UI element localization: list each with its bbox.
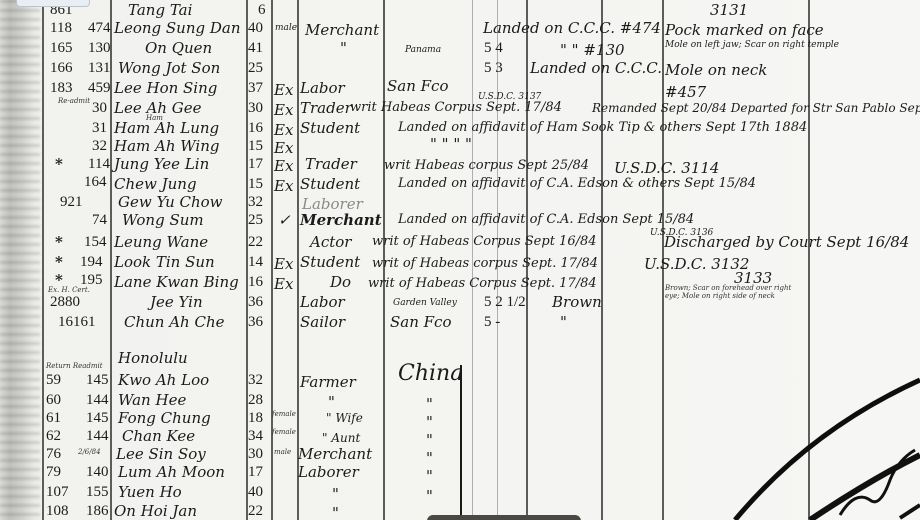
origin: " — [426, 488, 433, 504]
readmit-date: 2/6/84 — [78, 448, 101, 456]
viewer-bottom-toolbar[interactable] — [427, 515, 581, 520]
origin: " — [426, 414, 433, 430]
occupation: Merchant — [305, 22, 379, 38]
occupation: " — [332, 486, 339, 502]
age: 15 — [248, 138, 263, 154]
occupation: Laborer — [302, 196, 363, 212]
row-number: 107 — [46, 484, 69, 500]
ticket-number: 144 — [86, 392, 109, 408]
age: 36 — [248, 314, 263, 330]
description: Pock marked on face — [665, 22, 824, 38]
description: #457 — [665, 84, 706, 100]
sex: male — [274, 448, 291, 456]
occupation: Farmer — [300, 374, 356, 390]
passenger-name: Lum Ah Moon — [118, 464, 225, 480]
asterisk-mark: * — [55, 234, 63, 250]
occupation: Labor — [300, 294, 345, 310]
court-action: writ Habeas Corpus Sept. 17/84 — [350, 100, 562, 116]
age: 25 — [248, 60, 263, 76]
age: 18 — [248, 410, 263, 426]
description: Mole on neck — [665, 62, 767, 78]
court-action: writ Habeas corpus Sept 25/84 — [384, 158, 589, 174]
occupation: Student — [300, 254, 360, 270]
age: 6 — [258, 2, 266, 18]
sex: female — [272, 428, 296, 436]
passenger-name: Jee Yin — [150, 294, 203, 310]
column-rule — [271, 0, 273, 520]
court-case-number: U.S.D.C. 3114 — [614, 160, 719, 176]
passenger-name: Ham Ah Wing — [114, 138, 220, 154]
sex: male — [275, 23, 297, 33]
sex: Ex — [274, 102, 293, 118]
occupation: Merchant — [298, 446, 372, 462]
passenger-name: Look Tin Sun — [114, 254, 215, 270]
occupation: " — [340, 40, 347, 56]
row-number: 108 — [46, 503, 69, 519]
row-number: 118 — [50, 20, 72, 36]
age: 40 — [248, 484, 263, 500]
row-number: 16161 — [58, 314, 96, 330]
passenger-name: Lee Sin Soy — [116, 446, 206, 462]
certificate-number: 3131 — [710, 2, 748, 18]
origin-china: China — [398, 362, 463, 386]
remarks: Landed on C.C.C. — [530, 60, 662, 76]
ticket-number: 145 — [86, 372, 109, 388]
court-action: writ of Habeas Corpus Sept. 17/84 — [368, 276, 597, 292]
row-number: 79 — [46, 464, 61, 480]
height: 5 2 1/2 — [484, 294, 526, 310]
sex: ✓ — [278, 212, 291, 228]
row-number: 62 — [46, 428, 61, 444]
age: 17 — [248, 464, 263, 480]
court-action: writ of Habeas corpus Sept. 17/84 — [372, 256, 598, 272]
ticket-number: 74 — [92, 212, 107, 228]
passenger-name: On Hoi Jan — [114, 503, 197, 519]
sex: Ex — [274, 140, 293, 156]
ticket-number: 186 — [86, 503, 109, 519]
ticket-number: 140 — [86, 464, 109, 480]
book-binding-shadow — [0, 0, 40, 520]
passenger-name: Chan Kee — [122, 428, 195, 444]
register-page: 861 Tang Tai 6 3131 118 474 Leong Sung D… — [0, 0, 920, 520]
remarks: Remanded Sept 20/84 Departed for Str San… — [592, 100, 920, 116]
ticket-number: 459 — [88, 80, 111, 96]
ticket-number: 164 — [84, 174, 107, 190]
passenger-name: Wan Hee — [118, 392, 186, 408]
ticket-number: 145 — [86, 410, 109, 426]
origin: " — [426, 432, 433, 448]
place: Panama — [405, 45, 441, 55]
passenger-name: Lee Hon Sing — [114, 80, 217, 96]
court-case-number: U.S.D.C. 3137 — [478, 92, 541, 102]
age: 32 — [248, 194, 263, 210]
occupation: Trader — [300, 100, 352, 116]
passenger-name: Chew Jung — [114, 176, 197, 192]
ticket-number: 194 — [80, 254, 103, 270]
landing-action: Landed on affidavit of C.A. Edson Sept 1… — [398, 212, 694, 228]
description: Mole on left jaw; Scar on right temple — [665, 40, 839, 50]
occupation: " Wife — [326, 410, 363, 426]
ticket-number: 114 — [88, 156, 110, 172]
ticket-number: 144 — [86, 428, 109, 444]
occupation: " — [332, 505, 339, 520]
origin: " — [426, 468, 433, 484]
occupation: Student — [300, 176, 360, 192]
height: 5 3 — [484, 60, 503, 76]
ditto-marks: " " " " — [430, 136, 472, 152]
age: 14 — [248, 254, 263, 270]
row-number: 165 — [50, 40, 73, 56]
sex: Ex — [274, 82, 293, 98]
occupation: Student — [300, 120, 360, 136]
column-note: Re-admit — [58, 97, 90, 105]
remarks: Landed on C.C.C. #474 — [483, 20, 661, 36]
occupation: Sailor — [300, 314, 345, 330]
honolulu-column-header: Return Readmit — [46, 362, 103, 370]
ticket-number: 31 — [92, 120, 107, 136]
origin: " — [426, 450, 433, 466]
height: 5 - — [484, 314, 500, 330]
column-rule — [297, 0, 299, 520]
sex: Ex — [274, 256, 293, 272]
passenger-name: Wong Jot Son — [118, 60, 220, 76]
age: 15 — [248, 176, 263, 192]
place: San Fco — [390, 314, 452, 330]
ticket-number: 30 — [92, 100, 107, 116]
passenger-name: Kwo Ah Loo — [118, 372, 209, 388]
column-rule — [601, 0, 603, 520]
sex: female — [272, 410, 296, 418]
passenger-name: Fong Chung — [118, 410, 211, 426]
row-number: 183 — [50, 80, 73, 96]
ticket-number: 131 — [88, 60, 111, 76]
row-number: 61 — [46, 410, 61, 426]
passenger-name: Lane Kwan Bing — [114, 274, 239, 290]
row-number: 166 — [50, 60, 73, 76]
landing-action: Landed on affidavit of C.A. Edson & othe… — [398, 176, 756, 192]
occupation: " Aunt — [322, 430, 360, 446]
age: 40 — [248, 20, 263, 36]
complexion: Brown — [552, 294, 602, 310]
asterisk-mark: * — [55, 156, 63, 172]
age: 17 — [248, 156, 263, 172]
row-number: 921 — [60, 194, 83, 210]
column-rule — [42, 0, 44, 520]
age: 22 — [248, 503, 263, 519]
row-number: 60 — [46, 392, 61, 408]
complexion: " — [560, 314, 567, 330]
remarks: Discharged by Court Sept 16/84 — [664, 234, 909, 250]
occupation: Merchant — [300, 212, 382, 228]
passenger-name: Leong Sung Dan — [114, 20, 241, 36]
landing-action: Landed on affidavit of Ham Sook Tip & ot… — [398, 120, 807, 136]
section-header-honolulu: Honolulu — [118, 350, 188, 366]
ticket-number: 130 — [88, 40, 111, 56]
row-number: 76 — [46, 446, 61, 462]
ticket-number: 32 — [92, 138, 107, 154]
ticket-number: 155 — [86, 484, 109, 500]
certificate-label: Ex. H. Cert. — [48, 286, 90, 294]
passenger-name: Wong Sum — [122, 212, 204, 228]
age: 22 — [248, 234, 263, 250]
cancellation-scribble-icon — [720, 370, 920, 520]
passenger-name: Chun Ah Che — [124, 314, 225, 330]
place: San Fco — [387, 78, 449, 94]
row-number: 59 — [46, 372, 61, 388]
age: 16 — [248, 120, 263, 136]
ticket-number: 154 — [84, 234, 107, 250]
age: 30 — [248, 100, 263, 116]
origin: " — [426, 396, 433, 412]
viewer-toolbar-tab[interactable] — [16, 0, 90, 7]
sex: Ex — [274, 122, 293, 138]
column-rule — [110, 0, 112, 520]
age: 30 — [248, 446, 263, 462]
occupation: Trader — [305, 156, 357, 172]
asterisk-mark: * — [55, 254, 63, 270]
sex: Ex — [274, 276, 293, 292]
occupation: Labor — [300, 80, 345, 96]
occupation: " — [328, 394, 335, 410]
remarks: " " #130 — [560, 42, 625, 58]
passenger-name: On Quen — [145, 40, 212, 56]
description: Brown; Scar on forehead over right eye; … — [665, 284, 805, 300]
row-number: 2880 — [50, 294, 80, 310]
age: 41 — [248, 40, 263, 56]
age: 34 — [248, 428, 263, 444]
occupation: Laborer — [298, 464, 359, 480]
passenger-name: Jung Yee Lin — [114, 156, 209, 172]
age: 32 — [248, 372, 263, 388]
place: Garden Valley — [393, 298, 457, 308]
passenger-name: Yuen Ho — [118, 484, 182, 500]
age: 28 — [248, 392, 263, 408]
ticket-number: 474 — [88, 20, 111, 36]
sex: Ex — [274, 158, 293, 174]
age: 37 — [248, 80, 263, 96]
passenger-name: Leung Wane — [114, 234, 208, 250]
height: 5 4 — [484, 40, 503, 56]
occupation: Actor — [310, 234, 351, 250]
age: 16 — [248, 274, 263, 290]
court-action: writ of Habeas Corpus Sept 16/84 — [372, 234, 597, 250]
passenger-name: Tang Tai — [128, 2, 192, 18]
age: 25 — [248, 212, 263, 228]
sex: Ex — [274, 178, 293, 194]
passenger-name: Ham Ah Lung — [114, 120, 219, 136]
occupation: Do — [330, 274, 351, 290]
passenger-name: Gew Yu Chow — [118, 194, 223, 210]
bracket-line — [460, 365, 462, 520]
age: 36 — [248, 294, 263, 310]
